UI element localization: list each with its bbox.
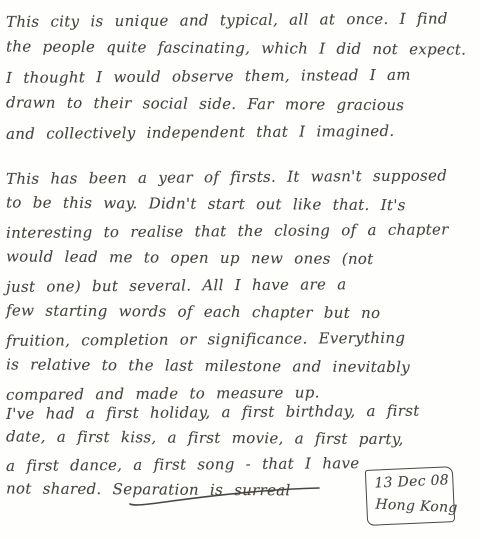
handwritten-note-page: This city is unique and typical, all at … bbox=[0, 0, 480, 539]
handwritten-line: This city is unique and typical, all at … bbox=[6, 4, 478, 36]
paragraph-1: This city is unique and typical, all at … bbox=[6, 6, 478, 146]
handwritten-line: This has been a year of firsts. It wasn'… bbox=[6, 162, 478, 193]
handwritten-line: to be this way. Didn't start out like th… bbox=[6, 189, 478, 219]
handwritten-line: interesting to realise that the closing … bbox=[6, 216, 478, 247]
handwritten-line: I thought I would observe them, instead … bbox=[6, 60, 478, 92]
handwritten-line: and collectively independent that I imag… bbox=[6, 116, 478, 148]
stamp-place: Hong Kong bbox=[375, 496, 448, 518]
handwritten-line: is relative to the last milestone and in… bbox=[6, 351, 478, 381]
handwritten-line: date, a first kiss, a first movie, a fir… bbox=[6, 423, 478, 452]
handwritten-line: few starting words of each chapter but n… bbox=[6, 297, 478, 327]
handwritten-line: fruition, completion or significance. Ev… bbox=[6, 324, 478, 355]
stamp-date: 13 Dec 08 bbox=[374, 471, 447, 493]
handwritten-line: drawn to their social side. Far more gra… bbox=[6, 88, 478, 119]
handwritten-line: the people quite fascinating, which I di… bbox=[6, 32, 478, 63]
handwritten-line: would lead me to open up new ones (not bbox=[6, 243, 478, 273]
handwritten-line: just one) but several. All I have are a bbox=[6, 270, 478, 301]
date-stamp-box: 13 Dec 08 Hong Kong bbox=[365, 466, 455, 526]
paragraph-2: This has been a year of firsts. It wasn'… bbox=[6, 164, 478, 407]
underline-flourish bbox=[124, 483, 324, 509]
handwritten-line: I've had a first holiday, a first birthd… bbox=[6, 397, 478, 427]
